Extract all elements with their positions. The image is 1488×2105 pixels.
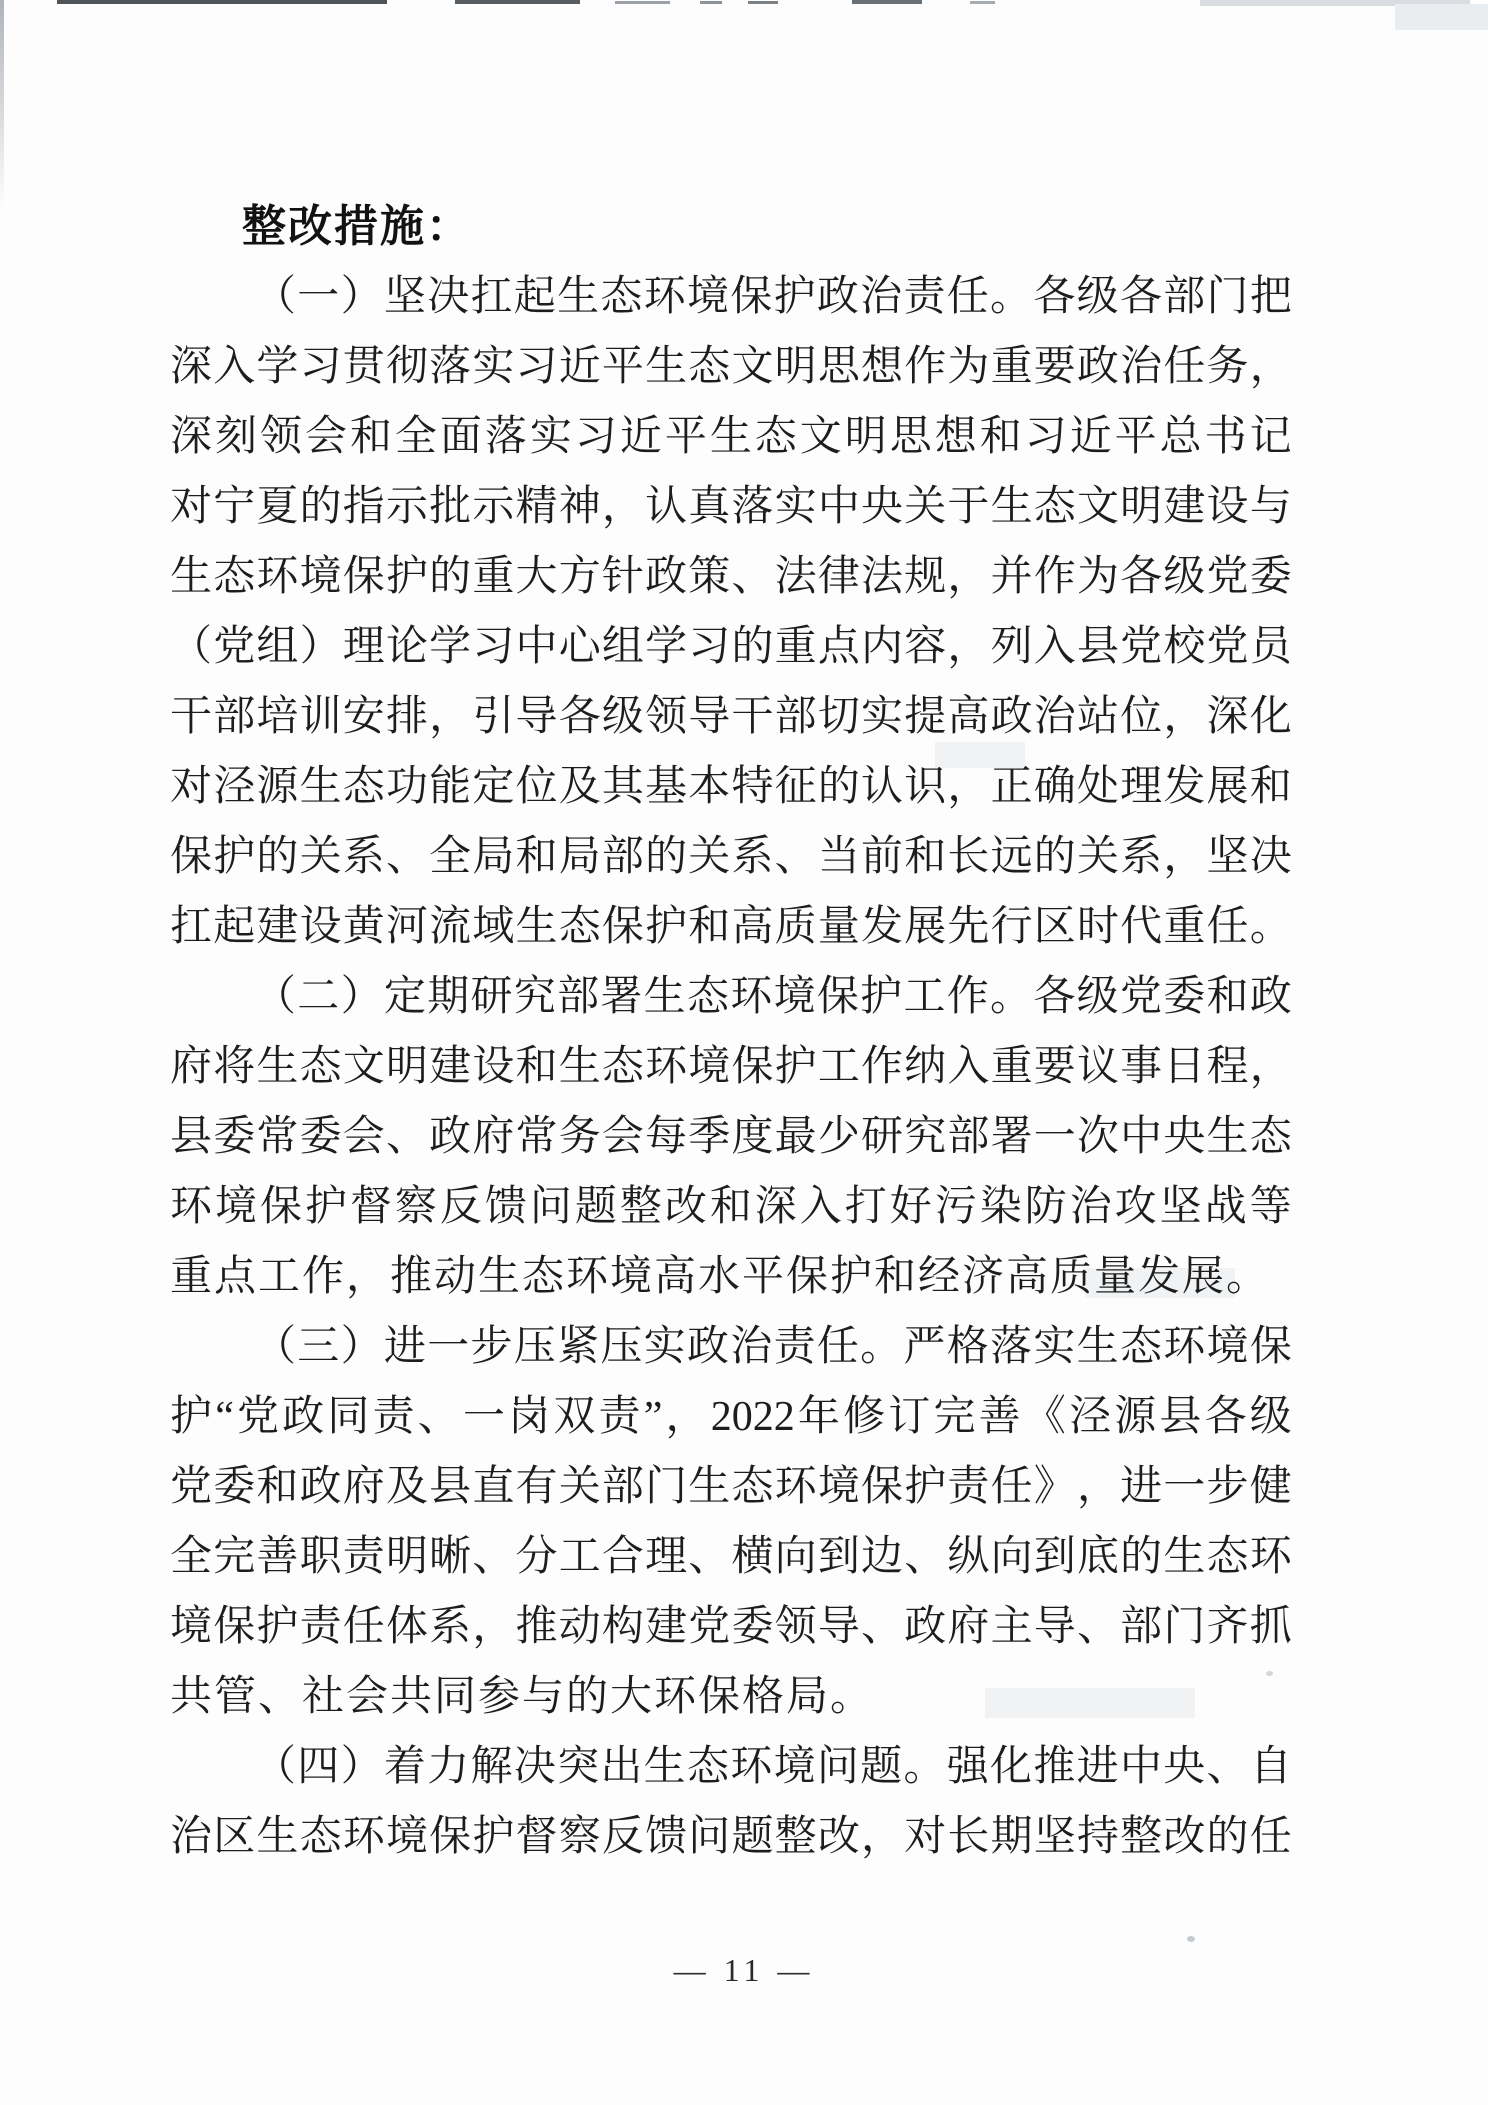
text-line: （四）着力解决突出生态环境问题。强化推进中央、自	[170, 1732, 1292, 1802]
document-page: 整改措施： （一）坚决扛起生态环境保护政治责任。各级各部门把深入学习贯彻落实习近…	[0, 0, 1488, 2105]
text-line: 府将生态文明建设和生态环境保护工作纳入重要议事日程，	[170, 1032, 1292, 1102]
text-line: 全完善职责明晰、分工合理、横向到边、纵向到底的生态环	[170, 1522, 1292, 1592]
text-line: 县委常委会、政府常务会每季度最少研究部署一次中央生态	[170, 1102, 1292, 1172]
text-line: （三）进一步压紧压实政治责任。严格落实生态环境保	[170, 1312, 1292, 1382]
text-line: （党组）理论学习中心组学习的重点内容，列入县党校党员	[170, 612, 1292, 682]
text-line: 保护的关系、全局和局部的关系、当前和长远的关系，坚决	[170, 822, 1292, 892]
text-line: 共管、社会共同参与的大环保格局。	[170, 1662, 1292, 1732]
scan-artifact	[455, 0, 580, 4]
scan-artifact	[1395, 4, 1488, 30]
page-number: — 11 —	[0, 1952, 1488, 1989]
text-line: 扛起建设黄河流域生态保护和高质量发展先行区时代重任。	[170, 892, 1292, 962]
section-heading: 整改措施：	[170, 192, 1292, 262]
text-line: 境保护责任体系，推动构建党委领导、政府主导、部门齐抓	[170, 1592, 1292, 1662]
text-line: （一）坚决扛起生态环境保护政治责任。各级各部门把	[170, 262, 1292, 332]
text-line: 护“党政同责、一岗双责”，2022年修订完善《泾源县各级	[170, 1382, 1292, 1452]
text-line: 对泾源生态功能定位及其基本特征的认识，正确处理发展和	[170, 752, 1292, 822]
text-line: （二）定期研究部署生态环境保护工作。各级党委和政	[170, 962, 1292, 1032]
text-line: 环境保护督察反馈问题整改和深入打好污染防治攻坚战等	[170, 1172, 1292, 1242]
scan-artifact	[0, 0, 4, 210]
scan-artifact	[700, 1, 722, 4]
text-line: 对宁夏的指示批示精神，认真落实中央关于生态文明建设与	[170, 472, 1292, 542]
scan-artifact	[970, 1, 995, 4]
text-line: 党委和政府及县直有关部门生态环境保护责任》，进一步健	[170, 1452, 1292, 1522]
scan-artifact	[748, 1, 778, 4]
scan-artifact	[57, 0, 387, 4]
text-line: 深刻领会和全面落实习近平生态文明思想和习近平总书记	[170, 402, 1292, 472]
paragraph-lines: （一）坚决扛起生态环境保护政治责任。各级各部门把深入学习贯彻落实习近平生态文明思…	[170, 262, 1292, 1872]
text-line: 重点工作，推动生态环境高水平保护和经济高质量发展。	[170, 1242, 1292, 1312]
document-body: 整改措施： （一）坚决扛起生态环境保护政治责任。各级各部门把深入学习贯彻落实习近…	[170, 192, 1292, 1872]
scan-artifact	[852, 0, 922, 4]
text-line: 深入学习贯彻落实习近平生态文明思想作为重要政治任务，	[170, 332, 1292, 402]
text-line: 干部培训安排，引导各级领导干部切实提高政治站位，深化	[170, 682, 1292, 752]
scan-artifact	[1187, 1936, 1195, 1942]
scan-artifact	[615, 1, 670, 4]
text-line: 生态环境保护的重大方针政策、法律法规，并作为各级党委	[170, 542, 1292, 612]
text-line: 治区生态环境保护督察反馈问题整改，对长期坚持整改的任	[170, 1802, 1292, 1872]
